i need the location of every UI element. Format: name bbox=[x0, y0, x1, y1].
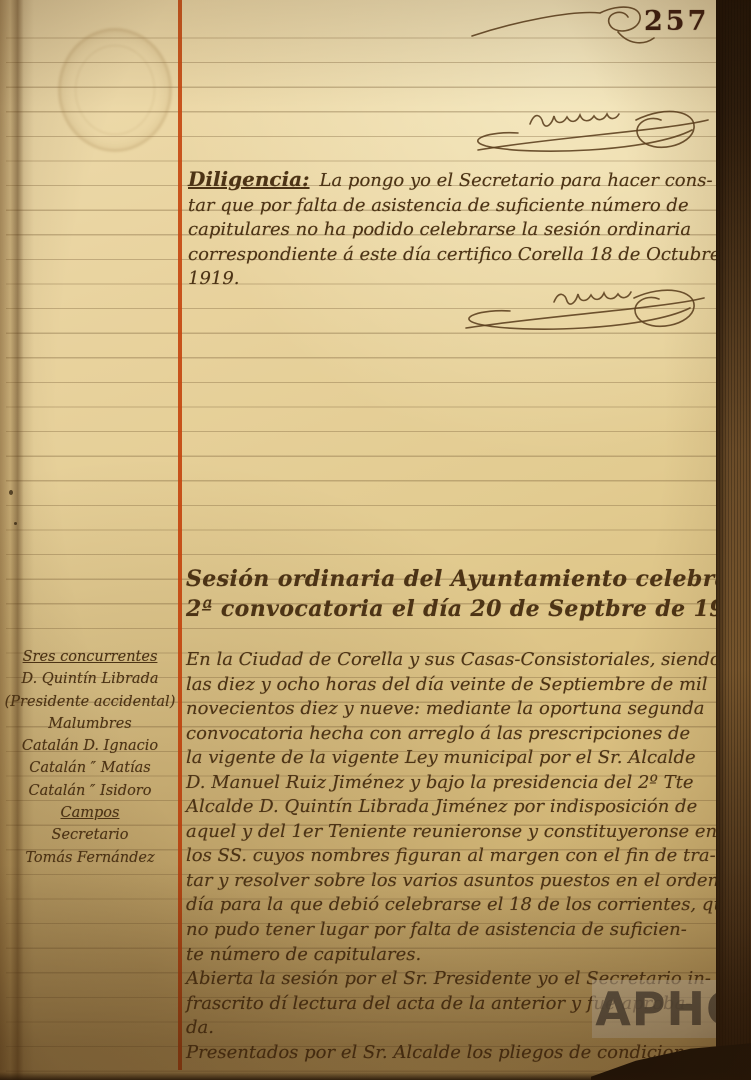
attendee-item: Campos bbox=[4, 802, 176, 824]
attendees-title: Sres concurrentes bbox=[4, 646, 176, 668]
body-line: D. Manuel Ruiz Jiménez y bajo la preside… bbox=[186, 771, 742, 796]
body-line: día para la que debió celebrarse el 18 d… bbox=[186, 893, 742, 918]
bottom-shadow bbox=[0, 1072, 751, 1080]
attendee-item: D. Quintín Librada bbox=[4, 668, 176, 690]
red-margin-rule bbox=[178, 0, 182, 1070]
diligencia-label: Diligencia: bbox=[188, 167, 310, 191]
attendee-item: Malumbres bbox=[4, 713, 176, 735]
session-heading-line2: 2ª convocatoria el día 20 de Septbre de … bbox=[186, 594, 751, 624]
body-line: En la Ciudad de Corella y sus Casas-Cons… bbox=[186, 648, 742, 673]
ink-speck bbox=[9, 490, 13, 495]
diligencia-line: tar que por falta de asistencia de sufic… bbox=[188, 194, 740, 219]
body-line: las diez y ocho horas del día veinte de … bbox=[186, 673, 742, 698]
body-line: aquel y del 1er Teniente reunieronse y c… bbox=[186, 820, 742, 845]
attendee-item: (Presidente accidental) bbox=[4, 691, 176, 713]
archive-stamp-inner-ring bbox=[75, 45, 155, 135]
manuscript-page-photo: 257 Diligencia:La pongo yo el Secretario… bbox=[0, 0, 751, 1080]
ink-flourish-icon bbox=[468, 2, 658, 54]
diligencia-line: correspondiente á este día certifico Cor… bbox=[188, 243, 740, 268]
book-page-edges-right bbox=[716, 0, 751, 1080]
diligencia-line: capitulares no ha podido celebrarse la s… bbox=[188, 218, 740, 243]
body-line: convocatoria hecha con arreglo á las pre… bbox=[186, 722, 742, 747]
body-line: los SS. cuyos nombres figuran al margen … bbox=[186, 844, 742, 869]
body-line: la vigente de la vigente Ley municipal p… bbox=[186, 746, 742, 771]
attendees-margin-column: Sres concurrentes D. Quintín Librada (Pr… bbox=[4, 646, 176, 869]
attendee-item: Catalán ″ Isidoro bbox=[4, 780, 176, 802]
body-line: tar y resolver sobre los varios asuntos … bbox=[186, 869, 742, 894]
body-line: Alcalde D. Quintín Librada Jiménez por i… bbox=[186, 795, 742, 820]
attendee-item: Catalán D. Ignacio bbox=[4, 735, 176, 757]
signature-middle bbox=[458, 278, 720, 342]
signature-top bbox=[468, 98, 724, 162]
body-line: no pudo tener lugar por falta de asisten… bbox=[186, 918, 742, 943]
attendee-item: Catalán ″ Matías bbox=[4, 757, 176, 779]
diligencia-line: Diligencia:La pongo yo el Secretario par… bbox=[188, 167, 740, 194]
folio-number: 257 bbox=[644, 6, 709, 37]
session-heading: Sesión ordinaria del Ayuntamiento celebr… bbox=[186, 564, 751, 624]
book-gutter-left bbox=[0, 0, 34, 1080]
archive-stamp-icon bbox=[58, 28, 172, 152]
session-heading-line1: Sesión ordinaria del Ayuntamiento celebr… bbox=[186, 564, 751, 594]
attendee-item: Secretario bbox=[4, 824, 176, 846]
attendee-item: Tomás Fernández bbox=[4, 847, 176, 869]
ink-speck bbox=[14, 522, 17, 525]
body-line: te número de capitulares. bbox=[186, 943, 742, 968]
body-line: novecientos diez y nueve: mediante la op… bbox=[186, 697, 742, 722]
diligencia-paragraph: Diligencia:La pongo yo el Secretario par… bbox=[188, 167, 740, 292]
